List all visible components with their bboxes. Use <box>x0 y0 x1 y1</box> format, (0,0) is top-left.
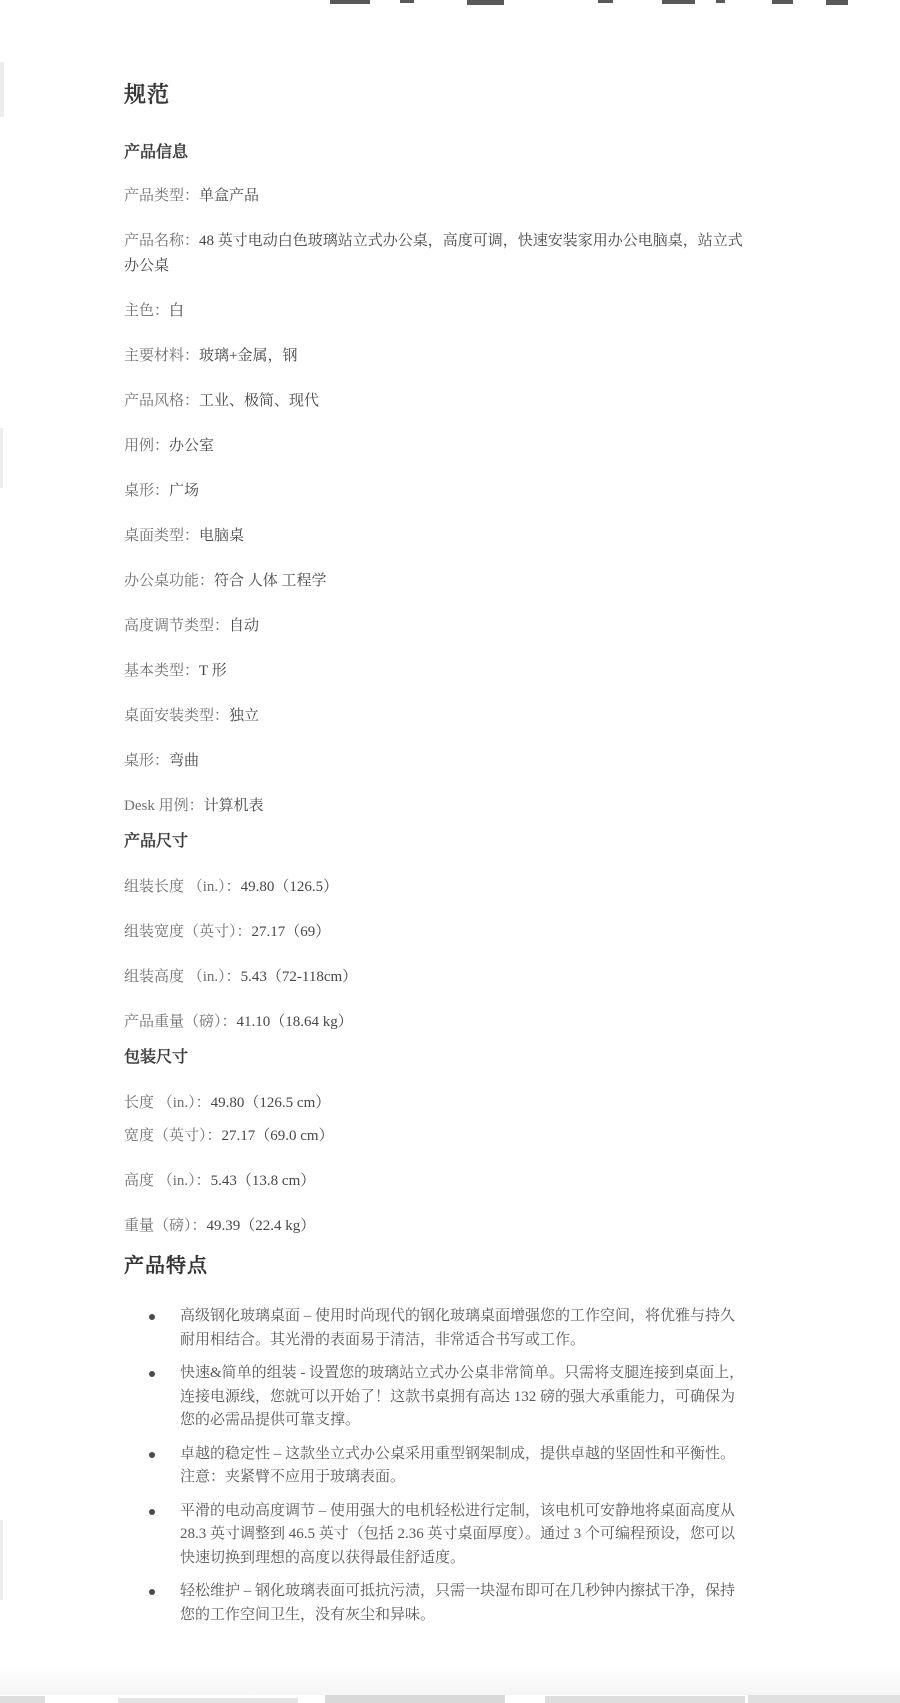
spec-label: 高度调节类型： <box>124 618 229 634</box>
feature-list: 高级钢化玻璃桌面 – 使用时尚现代的钢化玻璃桌面增强您的工作空间，将优雅与持久耐… <box>124 1305 748 1627</box>
feature-text: 平滑的电动高度调节 – 使用强大的电机轻松进行定制，该电机可安静地将桌面高度从 … <box>180 1503 735 1566</box>
spec-line: 产品名称：48 英寸电动白色玻璃站立式办公桌，高度可调，快速安装家用办公电脑桌，… <box>124 229 748 279</box>
feature-text: 高级钢化玻璃桌面 – 使用时尚现代的钢化玻璃桌面增强您的工作空间，将优雅与持久耐… <box>180 1308 735 1348</box>
spec-value: 48 英寸电动白色玻璃站立式办公桌，高度可调，快速安装家用办公电脑桌，站立式办公… <box>124 233 743 274</box>
spec-label: 主要材料： <box>124 348 199 364</box>
scan-artifact-bottom <box>748 1695 900 1703</box>
spec-label: 组装长度 （in.）： <box>124 879 241 895</box>
spec-label: 组装高度 （in.）： <box>124 969 241 985</box>
package-dims-list: 长度 （in.）：49.80（126.5 cm） 宽度（英寸）：27.17（69… <box>124 1091 748 1239</box>
spec-label: 产品风格： <box>124 393 199 409</box>
scan-artifact-top <box>662 0 695 4</box>
spec-line: 高度 （in.）：5.43（13.8 cm） <box>124 1169 748 1194</box>
spec-value: 49.39（22.4 kg） <box>207 1218 316 1234</box>
spec-value: 白 <box>169 303 184 319</box>
spec-document: 规范 产品信息 产品类型：单盒产品 产品名称：48 英寸电动白色玻璃站立式办公桌… <box>124 82 748 1637</box>
page-title: 规范 <box>124 82 748 108</box>
spec-label: Desk 用例： <box>124 798 204 814</box>
spec-label: 产品名称： <box>124 233 199 249</box>
product-dimensions-heading: 产品尺寸 <box>124 831 748 853</box>
spec-label: 桌面安装类型： <box>124 708 229 724</box>
section-product-info: 产品信息 产品类型：单盒产品 产品名称：48 英寸电动白色玻璃站立式办公桌，高度… <box>124 142 748 819</box>
spec-line: 重量（磅）：49.39（22.4 kg） <box>124 1214 748 1239</box>
spec-value: 41.10（18.64 kg） <box>237 1014 353 1030</box>
spec-line: 桌面安装类型：独立 <box>124 704 748 729</box>
spec-label: 长度 （in.）： <box>124 1095 211 1111</box>
scan-artifact-bottom <box>325 1694 505 1703</box>
bullet-icon <box>149 1589 155 1595</box>
product-info-heading: 产品信息 <box>124 142 748 164</box>
feature-text: 卓越的稳定性 – 这款坐立式办公桌采用重型钢架制成，提供卓越的坚固性和平衡性。注… <box>180 1446 735 1486</box>
scan-artifact-bottom <box>118 1698 298 1703</box>
scan-artifact-bottom-noise <box>0 1665 900 1695</box>
section-product-dimensions: 产品尺寸 组装长度 （in.）：49.80（126.5） 组装宽度（英寸）：27… <box>124 831 748 1035</box>
spec-label: 办公桌功能： <box>124 573 214 589</box>
feature-item: 平滑的电动高度调节 – 使用强大的电机轻松进行定制，该电机可安静地将桌面高度从 … <box>124 1500 748 1571</box>
spec-line: 办公桌功能：符合 人体 工程学 <box>124 569 748 594</box>
spec-line: 产品类型：单盒产品 <box>124 184 748 209</box>
scan-artifact-top <box>716 0 725 3</box>
spec-label: 产品类型： <box>124 188 199 204</box>
spec-value: 工业、极简、现代 <box>199 393 319 409</box>
spec-value: 49.80（126.5） <box>241 879 339 895</box>
spec-line: 长度 （in.）：49.80（126.5 cm） <box>124 1091 748 1116</box>
spec-line: Desk 用例：计算机表 <box>124 794 748 819</box>
spec-value: 27.17（69.0 cm） <box>222 1128 334 1144</box>
package-dimensions-heading: 包装尺寸 <box>124 1047 748 1069</box>
bullet-icon <box>149 1452 155 1458</box>
scan-artifact-top <box>330 0 370 4</box>
spec-line: 产品重量（磅）：41.10（18.64 kg） <box>124 1010 748 1035</box>
spec-line: 桌形：弯曲 <box>124 749 748 774</box>
scan-artifact-bottom <box>0 1696 45 1703</box>
spec-value: 计算机表 <box>204 798 264 814</box>
scan-artifact-top <box>772 0 793 4</box>
scan-artifact-bottom <box>545 1696 745 1703</box>
spec-line: 主要材料：玻璃+金属，钢 <box>124 344 748 369</box>
spec-value: 广场 <box>169 483 199 499</box>
spec-value: 办公室 <box>169 438 214 454</box>
spec-label: 桌形： <box>124 753 169 769</box>
scan-artifact-top <box>826 0 848 5</box>
spec-value: 玻璃+金属，钢 <box>199 348 297 364</box>
scan-artifact-top <box>598 0 613 3</box>
spec-value: 电脑桌 <box>199 528 244 544</box>
spec-line: 高度调节类型：自动 <box>124 614 748 639</box>
product-dims-list: 组装长度 （in.）：49.80（126.5） 组装宽度（英寸）：27.17（6… <box>124 875 748 1035</box>
spec-value: 5.43（13.8 cm） <box>211 1173 316 1189</box>
spec-line: 宽度（英寸）：27.17（69.0 cm） <box>124 1124 748 1149</box>
section-package-dimensions: 包装尺寸 长度 （in.）：49.80（126.5 cm） 宽度（英寸）：27.… <box>124 1047 748 1239</box>
spec-value: 自动 <box>229 618 259 634</box>
section-features: 产品特点 高级钢化玻璃桌面 – 使用时尚现代的钢化玻璃桌面增强您的工作空间，将优… <box>124 1253 748 1627</box>
spec-value: 弯曲 <box>169 753 199 769</box>
features-heading: 产品特点 <box>124 1253 748 1279</box>
spec-value: 独立 <box>229 708 259 724</box>
spec-label: 用例： <box>124 438 169 454</box>
product-info-spec-list: 产品类型：单盒产品 产品名称：48 英寸电动白色玻璃站立式办公桌，高度可调，快速… <box>124 184 748 819</box>
spec-label: 重量（磅）： <box>124 1218 207 1234</box>
spec-line: 桌面类型：电脑桌 <box>124 524 748 549</box>
spec-label: 宽度（英寸）： <box>124 1128 222 1144</box>
spec-line: 基本类型：T 形 <box>124 659 748 684</box>
spec-label: 桌形： <box>124 483 169 499</box>
feature-item: 轻松维护 – 钢化玻璃表面可抵抗污渍，只需一块湿布即可在几秒钟内擦拭干净，保持您… <box>124 1580 748 1627</box>
spec-line: 产品风格：工业、极简、现代 <box>124 389 748 414</box>
spec-value: 49.80（126.5 cm） <box>211 1095 331 1111</box>
spec-value: 27.17（69） <box>252 924 331 940</box>
scan-artifact-top <box>400 0 414 3</box>
spec-label: 基本类型： <box>124 663 199 679</box>
feature-item: 卓越的稳定性 – 这款坐立式办公桌采用重型钢架制成，提供卓越的坚固性和平衡性。注… <box>124 1443 748 1490</box>
feature-item: 快速&简单的组装 - 设置您的玻璃站立式办公桌非常简单。只需将支腿连接到桌面上，… <box>124 1362 748 1433</box>
spec-label: 高度 （in.）： <box>124 1173 211 1189</box>
spec-label: 产品重量（磅）： <box>124 1014 237 1030</box>
bullet-icon <box>149 1509 155 1515</box>
spec-value: 符合 人体 工程学 <box>214 573 327 589</box>
feature-text: 轻松维护 – 钢化玻璃表面可抵抗污渍，只需一块湿布即可在几秒钟内擦拭干净，保持您… <box>180 1583 735 1623</box>
scan-artifact-edge <box>0 62 4 117</box>
spec-label: 桌面类型： <box>124 528 199 544</box>
scan-artifact-edge <box>0 428 3 488</box>
spec-line: 组装宽度（英寸）：27.17（69） <box>124 920 748 945</box>
spec-line: 用例：办公室 <box>124 434 748 459</box>
spec-label: 组装宽度（英寸）： <box>124 924 252 940</box>
spec-value: 5.43（72-118cm） <box>241 969 358 985</box>
feature-item: 高级钢化玻璃桌面 – 使用时尚现代的钢化玻璃桌面增强您的工作空间，将优雅与持久耐… <box>124 1305 748 1352</box>
spec-value: T 形 <box>199 663 227 679</box>
spec-line: 组装长度 （in.）：49.80（126.5） <box>124 875 748 900</box>
bullet-icon <box>149 1314 155 1320</box>
spec-line: 主色：白 <box>124 299 748 324</box>
scan-artifact-edge <box>0 1520 3 1600</box>
bullet-icon <box>149 1371 155 1377</box>
spec-label: 主色： <box>124 303 169 319</box>
spec-value: 单盒产品 <box>199 188 259 204</box>
feature-text: 快速&简单的组装 - 设置您的玻璃站立式办公桌非常简单。只需将支腿连接到桌面上，… <box>180 1365 744 1428</box>
scan-artifact-top <box>467 0 504 5</box>
spec-line: 组装高度 （in.）：5.43（72-118cm） <box>124 965 748 990</box>
spec-line: 桌形：广场 <box>124 479 748 504</box>
